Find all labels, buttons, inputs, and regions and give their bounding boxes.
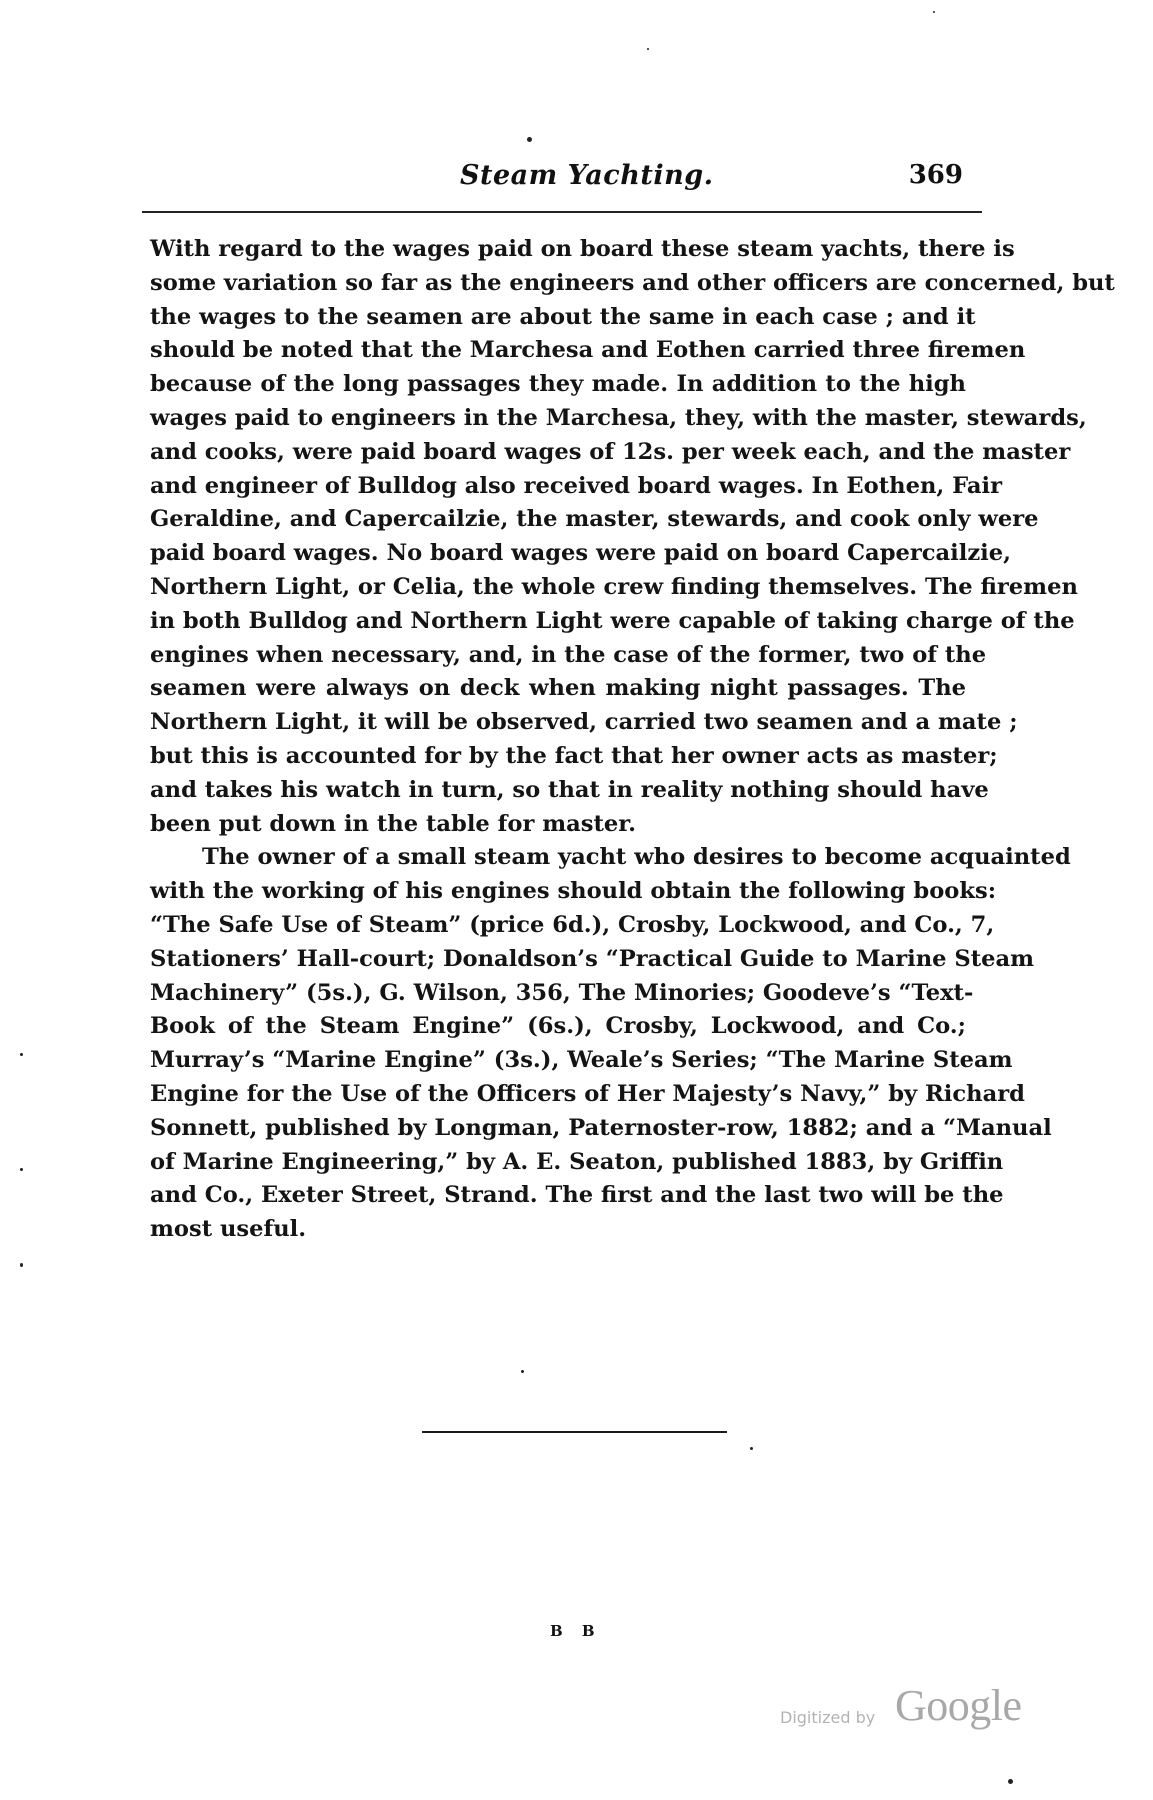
- scan-speck: [647, 48, 649, 50]
- text-line: and Co., Exeter Street, Strand. The firs…: [150, 1179, 966, 1213]
- text-line: Book of the Steam Engine” (6s.), Crosby,…: [150, 1010, 966, 1044]
- running-head: Steam Yachting. 369: [150, 158, 965, 198]
- text-line: Northern Light, it will be observed, car…: [150, 706, 966, 740]
- page-number: 369: [909, 160, 963, 190]
- signature-mark: B B: [550, 1622, 602, 1640]
- paragraph-1: With regard to the wages paid on board t…: [150, 233, 966, 841]
- text-line: With regard to the wages paid on board t…: [150, 233, 966, 267]
- text-line: Engine for the Use of the Officers of He…: [150, 1078, 966, 1112]
- text-line: most useful.: [150, 1213, 966, 1247]
- text-line: Stationers’ Hall-court; Donaldson’s “Pra…: [150, 943, 966, 977]
- text-line: Geraldine, and Capercailzie, the master,…: [150, 503, 966, 537]
- text-line: of Marine Engineering,” by A. E. Seaton,…: [150, 1146, 966, 1180]
- scan-speck: [20, 1168, 23, 1171]
- scan-speck: [933, 11, 935, 13]
- text-line: wages paid to engineers in the Marchesa,…: [150, 402, 966, 436]
- text-line: should be noted that the Marchesa and Eo…: [150, 334, 966, 368]
- running-title: Steam Yachting.: [460, 160, 714, 191]
- text-line: in both Bulldog and Northern Light were …: [150, 605, 966, 639]
- text-line: but this is accounted for by the fact th…: [150, 740, 966, 774]
- text-line: with the working of his engines should o…: [150, 875, 966, 909]
- section-end-rule: [422, 1431, 727, 1433]
- scan-speck: [20, 1263, 23, 1267]
- text-line: some variation so far as the engineers a…: [150, 267, 966, 301]
- text-line: engines when necessary, and, in the case…: [150, 639, 966, 673]
- text-line: seamen were always on deck when making n…: [150, 672, 966, 706]
- text-line: and engineer of Bulldog also received bo…: [150, 470, 966, 504]
- text-line: paid board wages. No board wages were pa…: [150, 537, 966, 571]
- body-text: With regard to the wages paid on board t…: [150, 233, 966, 1247]
- text-line: and takes his watch in turn, so that in …: [150, 774, 966, 808]
- text-line: Northern Light, or Celia, the whole crew…: [150, 571, 966, 605]
- text-line: “The Safe Use of Steam” (price 6d.), Cro…: [150, 909, 966, 943]
- header-rule: [142, 211, 982, 213]
- scan-speck: [527, 137, 532, 142]
- text-line: because of the long passages they made. …: [150, 368, 966, 402]
- book-page: Steam Yachting. 369 With regard to the w…: [0, 0, 1153, 1800]
- google-logo-text: Google: [895, 1680, 1022, 1731]
- scan-speck: [521, 1370, 524, 1373]
- text-line: Sonnett, published by Longman, Paternost…: [150, 1112, 966, 1146]
- text-line: Murray’s “Marine Engine” (3s.), Weale’s …: [150, 1044, 966, 1078]
- watermark-prefix: Digitized by: [780, 1708, 875, 1727]
- scan-speck: [20, 1053, 23, 1056]
- scan-speck: [750, 1447, 753, 1450]
- text-line: The owner of a small steam yacht who des…: [150, 841, 966, 875]
- text-line: the wages to the seamen are about the sa…: [150, 301, 966, 335]
- text-line: and cooks, were paid board wages of 12s.…: [150, 436, 966, 470]
- paragraph-2: The owner of a small steam yacht who des…: [150, 841, 966, 1247]
- text-line: been put down in the table for master.: [150, 808, 966, 842]
- scan-speck: [1008, 1779, 1013, 1784]
- text-line: Machinery” (5s.), G. Wilson, 356, The Mi…: [150, 977, 966, 1011]
